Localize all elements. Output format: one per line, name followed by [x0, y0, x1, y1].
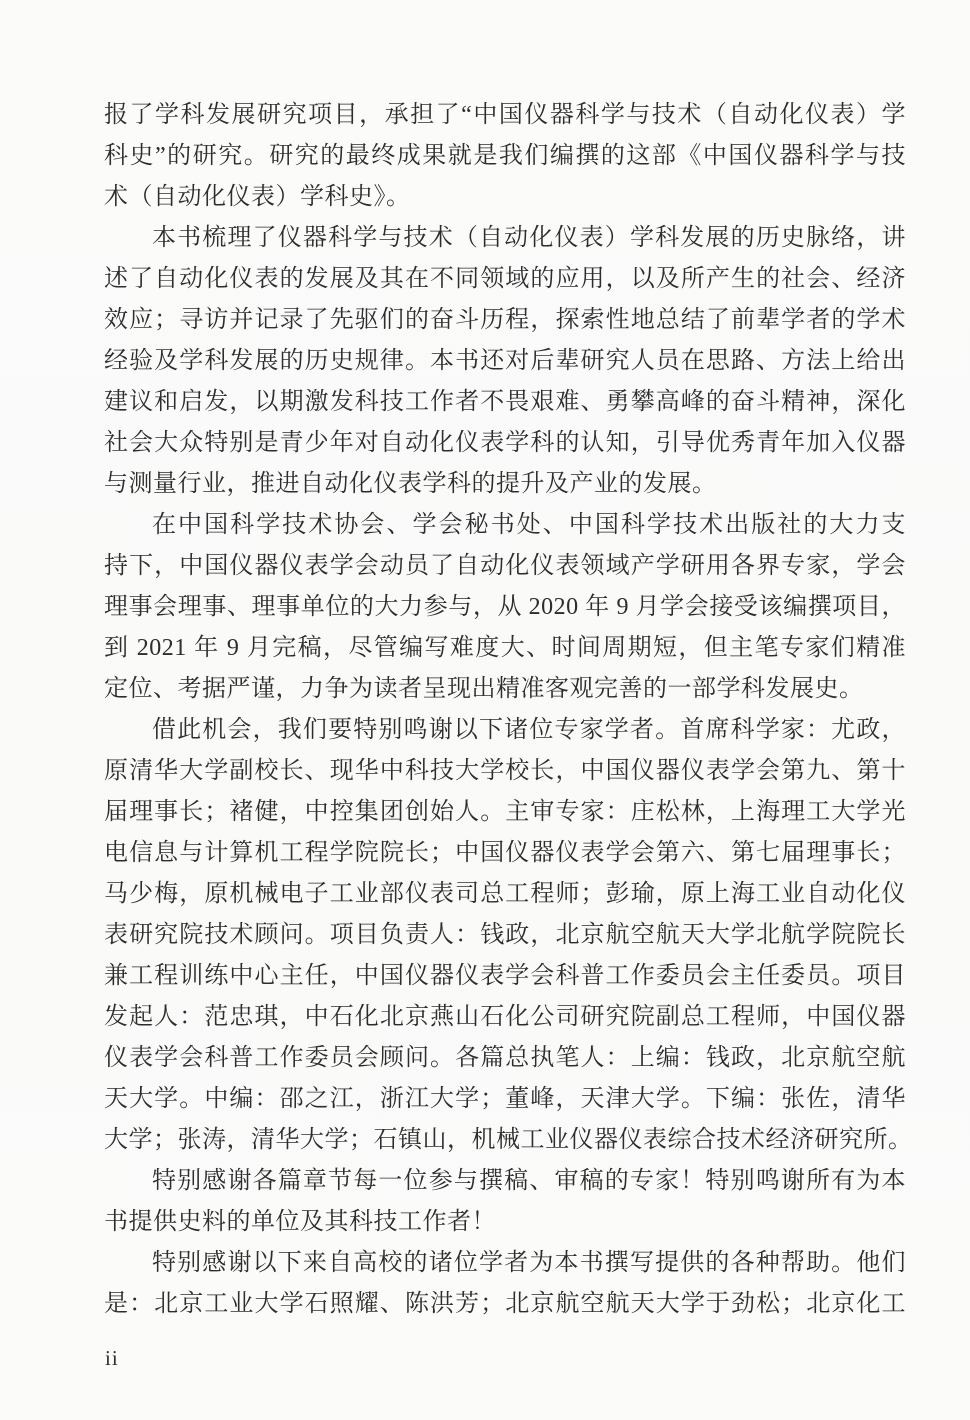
text-line: 到 2021 年 9 月完稿，尽管编写难度大、时间周期短，但主笔专家们精准 [104, 628, 906, 669]
text-line: 原清华大学副校长、现华中科技大学校长，中国仪器仪表学会第九、第十 [104, 751, 906, 792]
text-line: 定位、考据严谨，力争为读者呈现出精准客观完善的一部学科发展史。 [104, 669, 906, 710]
paragraph: 特别感谢各篇章节每一位参与撰稿、审稿的专家！特别鸣谢所有为本书提供史料的单位及其… [104, 1161, 906, 1243]
text-line: 发起人：范忠琪，中石化北京燕山石化公司研究院副总工程师，中国仪器 [104, 997, 906, 1038]
text-line: 在中国科学技术协会、学会秘书处、中国科学技术出版社的大力支 [104, 505, 906, 546]
text-line: 报了学科发展研究项目，承担了“中国仪器科学与技术（自动化仪表）学 [104, 95, 906, 136]
text-line: 电信息与计算机工程学院院长；中国仪器仪表学会第六、第七届理事长； [104, 833, 906, 874]
text-line: 是：北京工业大学石照耀、陈洪芳；北京航空航天大学于劲松；北京化工 [104, 1284, 906, 1325]
text-line: 持下，中国仪器仪表学会动员了自动化仪表领域产学研用各界专家，学会 [104, 546, 906, 587]
text-line: 本书梳理了仪器科学与技术（自动化仪表）学科发展的历史脉络，讲 [104, 218, 906, 259]
text-line: 届理事长；褚健，中控集团创始人。主审专家：庄松林，上海理工大学光 [104, 792, 906, 833]
text-line: 书提供史料的单位及其科技工作者！ [104, 1202, 906, 1243]
text-line: 术（自动化仪表）学科史》。 [104, 177, 906, 218]
text-line: 兼工程训练中心主任，中国仪器仪表学会科普工作委员会主任委员。项目 [104, 956, 906, 997]
text-line: 借此机会，我们要特别鸣谢以下诸位专家学者。首席科学家：尤政， [104, 710, 906, 751]
scanned-book-page: 报了学科发展研究项目，承担了“中国仪器科学与技术（自动化仪表）学科史”的研究。研… [0, 0, 970, 1420]
text-line: 效应；寻访并记录了先驱们的奋斗历程，探索性地总结了前辈学者的学术 [104, 300, 906, 341]
page-number: ii [105, 1346, 119, 1370]
text-line: 与测量行业，推进自动化仪表学科的提升及产业的发展。 [104, 464, 906, 505]
text-line: 理事会理事、理事单位的大力参与，从 2020 年 9 月学会接受该编撰项目， [104, 587, 906, 628]
paragraph: 特别感谢以下来自高校的诸位学者为本书撰写提供的各种帮助。他们是：北京工业大学石照… [104, 1243, 906, 1325]
text-line: 经验及学科发展的历史规律。本书还对后辈研究人员在思路、方法上给出 [104, 341, 906, 382]
paragraph: 报了学科发展研究项目，承担了“中国仪器科学与技术（自动化仪表）学科史”的研究。研… [104, 95, 906, 218]
paragraph: 本书梳理了仪器科学与技术（自动化仪表）学科发展的历史脉络，讲述了自动化仪表的发展… [104, 218, 906, 505]
text-line: 仪表学会科普工作委员会顾问。各篇总执笔人：上编：钱政，北京航空航 [104, 1038, 906, 1079]
text-line: 建议和启发，以期激发科技工作者不畏艰难、勇攀高峰的奋斗精神，深化 [104, 382, 906, 423]
page-content: 报了学科发展研究项目，承担了“中国仪器科学与技术（自动化仪表）学科史”的研究。研… [104, 95, 906, 1325]
paragraph: 在中国科学技术协会、学会秘书处、中国科学技术出版社的大力支持下，中国仪器仪表学会… [104, 505, 906, 710]
text-line: 表研究院技术顾问。项目负责人：钱政，北京航空航天大学北航学院院长 [104, 915, 906, 956]
text-line: 马少梅，原机械电子工业部仪表司总工程师；彭瑜，原上海工业自动化仪 [104, 874, 906, 915]
text-line: 社会大众特别是青少年对自动化仪表学科的认知，引导优秀青年加入仪器 [104, 423, 906, 464]
text-line: 特别感谢各篇章节每一位参与撰稿、审稿的专家！特别鸣谢所有为本 [104, 1161, 906, 1202]
paragraph: 借此机会，我们要特别鸣谢以下诸位专家学者。首席科学家：尤政，原清华大学副校长、现… [104, 710, 906, 1161]
text-line: 科史”的研究。研究的最终成果就是我们编撰的这部《中国仪器科学与技 [104, 136, 906, 177]
text-line: 述了自动化仪表的发展及其在不同领域的应用，以及所产生的社会、经济 [104, 259, 906, 300]
text-line: 大学；张涛，清华大学；石镇山，机械工业仪器仪表综合技术经济研究所。 [104, 1120, 906, 1161]
text-line: 天大学。中编：邵之江，浙江大学；董峰，天津大学。下编：张佐，清华 [104, 1079, 906, 1120]
text-line: 特别感谢以下来自高校的诸位学者为本书撰写提供的各种帮助。他们 [104, 1243, 906, 1284]
